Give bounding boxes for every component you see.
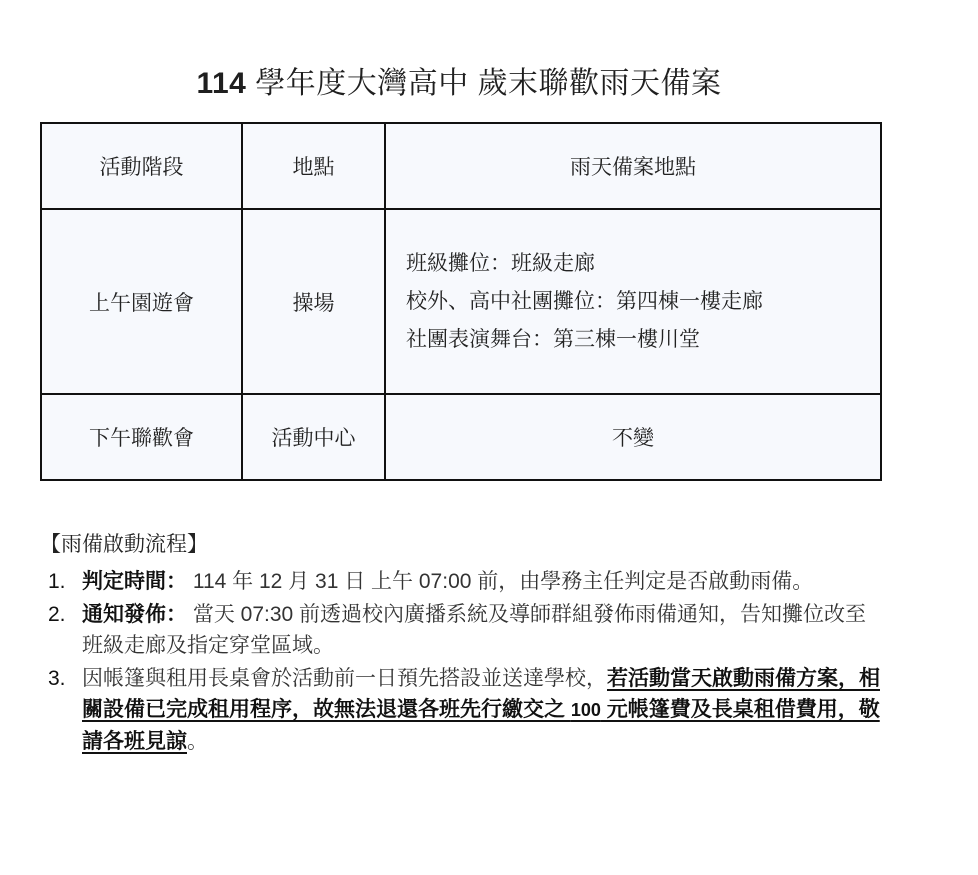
cell-stage: 下午聯歡會 — [41, 394, 242, 480]
item-lead: 判定時間： — [82, 570, 187, 593]
rain-plan-table: 活動階段 地點 雨天備案地點 上午園遊會 操場 班級攤位：班級走廊 校外、高中社… — [40, 122, 882, 481]
title-year: 114 — [196, 67, 246, 100]
table-row: 上午園遊會 操場 班級攤位：班級走廊 校外、高中社團攤位：第四棟一樓走廊 社團表… — [41, 209, 881, 394]
cell-rain-plan: 不變 — [385, 394, 881, 480]
cell-location: 操場 — [242, 209, 385, 394]
page-title: 114 學年度大灣高中 歲末聯歡雨天備案 — [0, 64, 918, 104]
item-lead: 通知發佈： — [82, 603, 187, 626]
fee-amount: 100 — [571, 700, 601, 720]
list-item: 2. 通知發佈： 當天 07:30 前透過校內廣播系統及導師群組發佈雨備通知，告… — [40, 599, 882, 661]
list-marker: 1. — [48, 566, 66, 597]
cell-stage: 上午園遊會 — [41, 209, 242, 394]
flow-section-title: 【雨備啟動流程】 — [40, 530, 208, 560]
header-rain-plan: 雨天備案地點 — [385, 123, 881, 209]
cell-location: 活動中心 — [242, 394, 385, 480]
title-text: 學年度大灣高中 歲末聯歡雨天備案 — [246, 67, 721, 100]
table-header-row: 活動階段 地點 雨天備案地點 — [41, 123, 881, 209]
cell-rain-plan: 班級攤位：班級走廊 校外、高中社團攤位：第四棟一樓走廊 社團表演舞台：第三棟一樓… — [385, 209, 881, 394]
item-text: 當天 07:30 前透過校內廣播系統及導師群組發佈雨備通知，告知攤位改至班級走廊… — [82, 603, 866, 657]
header-stage: 活動階段 — [41, 123, 242, 209]
flow-list: 1. 判定時間： 114 年 12 月 31 日 上午 07:00 前，由學務主… — [40, 566, 882, 759]
item-text-end: 。 — [187, 730, 208, 753]
item-text: 因帳篷與租用長桌會於活動前一日預先搭設並送達學校， — [82, 667, 607, 690]
table-row: 下午聯歡會 活動中心 不變 — [41, 394, 881, 480]
item-text: 114 年 12 月 31 日 上午 07:00 前，由學務主任判定是否啟動雨備… — [187, 570, 813, 593]
header-location: 地點 — [242, 123, 385, 209]
list-item: 1. 判定時間： 114 年 12 月 31 日 上午 07:00 前，由學務主… — [40, 566, 882, 597]
list-item: 3. 因帳篷與租用長桌會於活動前一日預先搭設並送達學校，若活動當天啟動雨備方案，… — [40, 663, 882, 757]
rain-plan-line: 社團表演舞台：第三棟一樓川堂 — [406, 321, 880, 359]
list-marker: 3. — [48, 663, 66, 694]
rain-plan-line: 校外、高中社團攤位：第四棟一樓走廊 — [406, 283, 880, 321]
rain-plan-line: 班級攤位：班級走廊 — [406, 245, 880, 283]
list-marker: 2. — [48, 599, 66, 630]
